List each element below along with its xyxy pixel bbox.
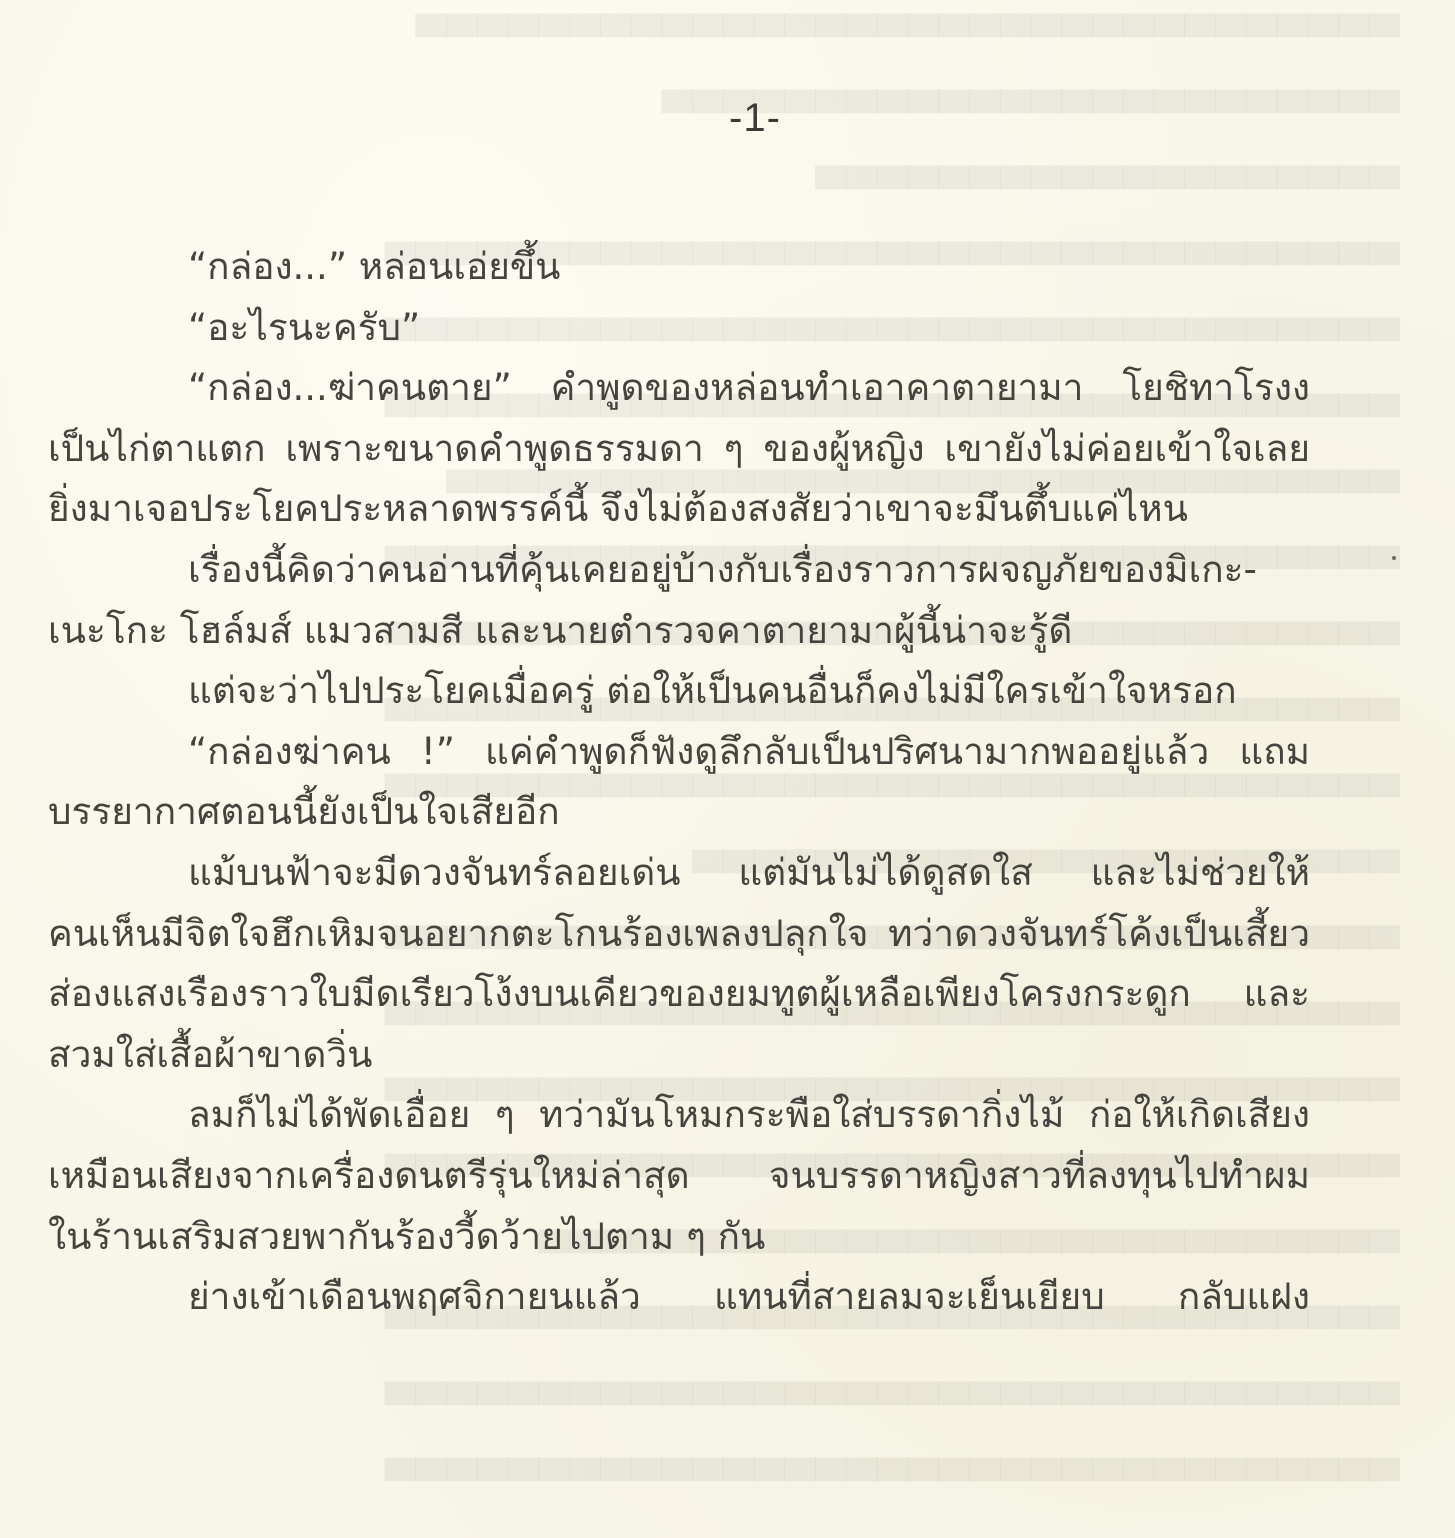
text-line: ยิ่งมาเจอประโยคประหลาดพรรค์นี้ จึงไม่ต้อ… (48, 479, 1310, 540)
text-line: “กล่องฆ่าคน !” แค่คำพูดก็ฟังดูลึกลับเป็น… (48, 722, 1310, 783)
text-line: ในร้านเสริมสวยพากันร้องวี้ดว้ายไปตาม ๆ ก… (48, 1207, 1310, 1268)
text-line: แต่จะว่าไปประโยคเมื่อครู่ ต่อให้เป็นคนอื… (48, 661, 1310, 722)
text-line: “กล่อง...ฆ่าคนตาย” คำพูดของหล่อนทำเอาคาต… (48, 358, 1310, 419)
text-line: เนะโกะ โฮล์มส์ แมวสามสี และนายตำรวจคาตาย… (48, 601, 1310, 662)
body-text: “กล่อง...” หล่อนเอ่ยขึ้น “อะไรนะครับ” “ก… (48, 237, 1310, 1328)
text-line: สวมใส่เสื้อผ้าขาดวิ่น (48, 1025, 1310, 1086)
paper-speck (1392, 556, 1396, 560)
text-line: “กล่อง...” หล่อนเอ่ยขึ้น (48, 237, 1310, 298)
text-line: ลมก็ไม่ได้พัดเอื่อย ๆ ทว่ามันโหมกระพือใส… (48, 1085, 1310, 1146)
text-line: ส่องแสงเรืองราวใบมีดเรียวโง้งบนเคียวของย… (48, 964, 1310, 1025)
page-number: -1- (0, 96, 1455, 141)
text-line: เหมือนเสียงจากเครื่องดนตรีรุ่นใหม่ล่าสุด… (48, 1146, 1310, 1207)
text-line: “อะไรนะครับ” (48, 298, 1310, 359)
text-line: เรื่องนี้คิดว่าคนอ่านที่คุ้นเคยอยู่บ้างก… (48, 540, 1310, 601)
text-line: บรรยากาศตอนนี้ยังเป็นใจเสียอีก (48, 782, 1310, 843)
text-line: เป็นไก่ตาแตก เพราะขนาดคำพูดธรรมดา ๆ ของผ… (48, 419, 1310, 480)
text-line: แม้บนฟ้าจะมีดวงจันทร์ลอยเด่น แต่มันไม่ได… (48, 843, 1310, 904)
text-line: คนเห็นมีจิตใจฮึกเหิมจนอยากตะโกนร้องเพลงป… (48, 904, 1310, 965)
text-line: ย่างเข้าเดือนพฤศจิกายนแล้ว แทนที่สายลมจะ… (48, 1267, 1310, 1328)
